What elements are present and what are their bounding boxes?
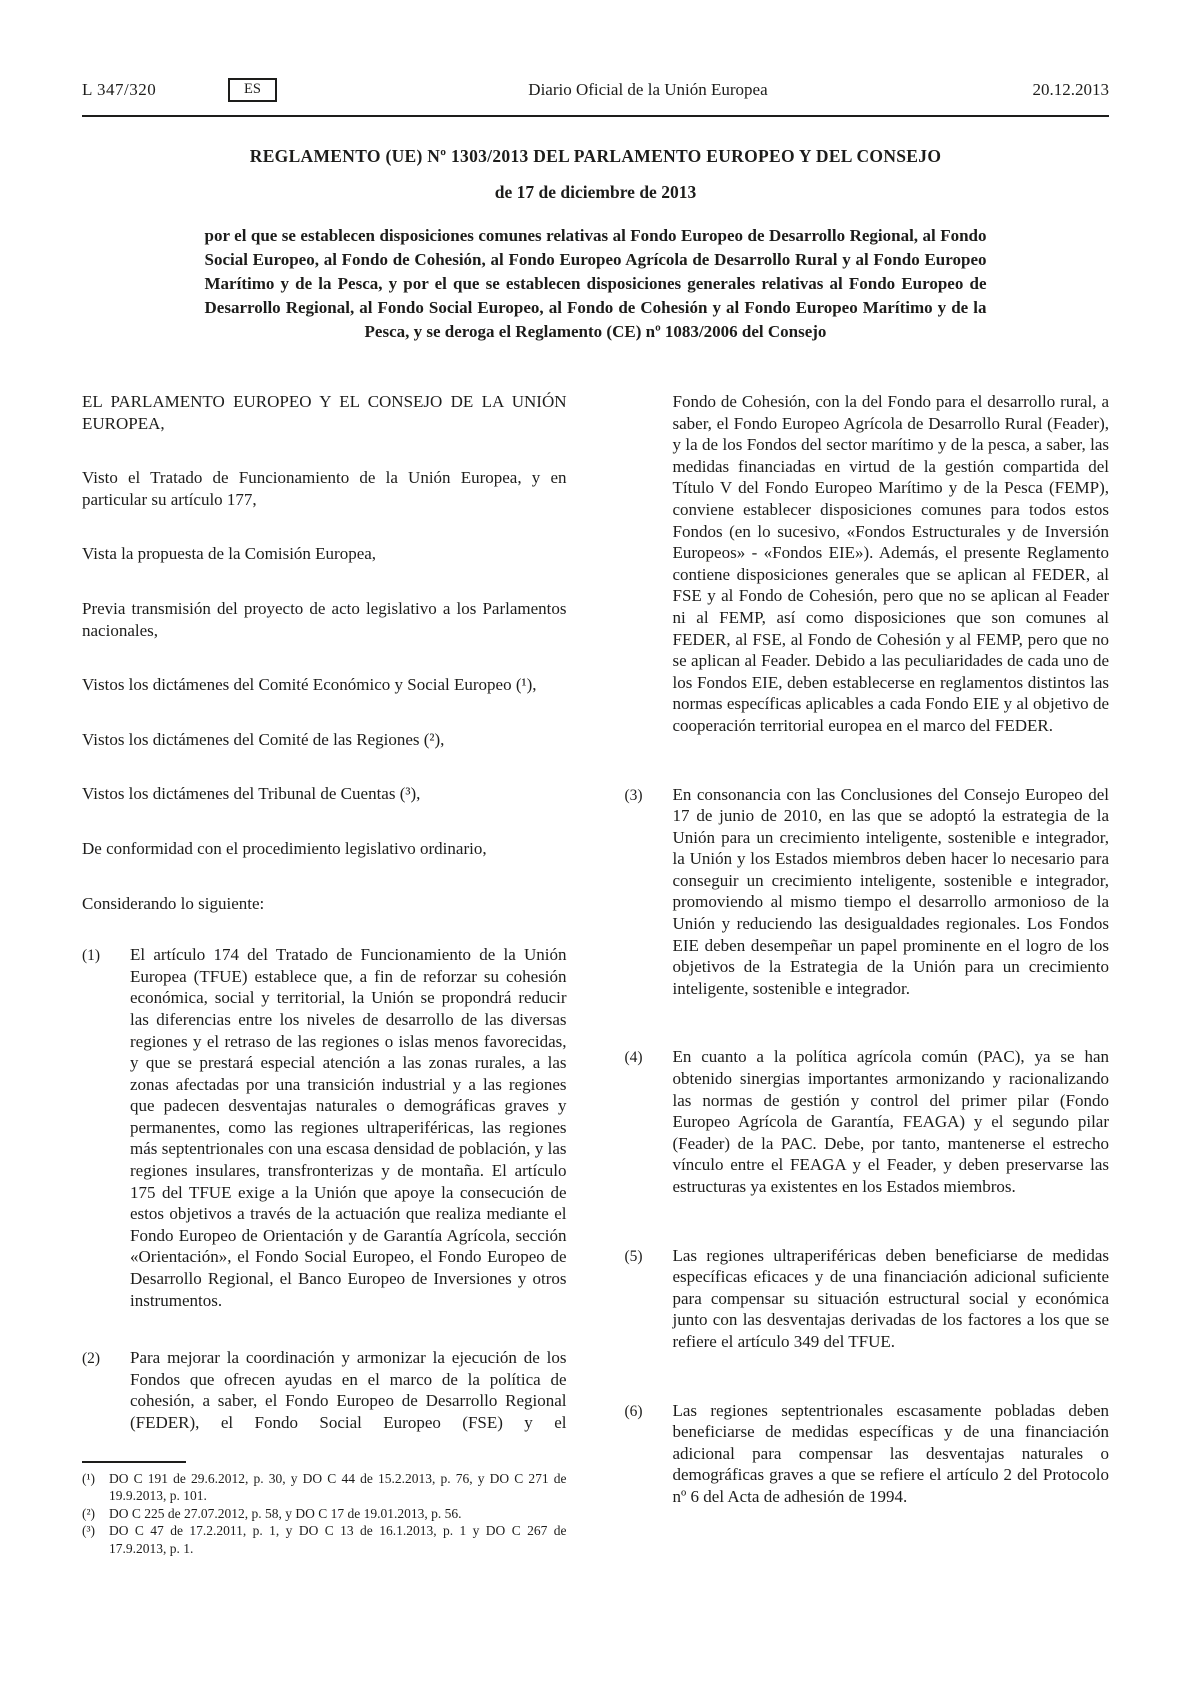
recital-number-spacer [625,391,673,737]
preamble-paragraph: Vistos los dictámenes del Tribunal de Cu… [82,783,567,805]
page-number: L 347/320 [82,80,172,100]
language-badge: ES [228,78,277,102]
recital-text: Fondo de Cohesión, con la del Fondo para… [673,391,1110,737]
footnote-2: (²) DO C 225 de 27.07.2012, p. 58, y DO … [82,1505,567,1523]
footnote-text: DO C 191 de 29.6.2012, p. 30, y DO C 44 … [109,1470,567,1505]
body-columns: EL PARLAMENTO EUROPEO Y EL CONSEJO DE LA… [82,391,1109,1558]
recital-2-continuation: Fondo de Cohesión, con la del Fondo para… [625,391,1110,737]
recital-text: Para mejorar la coordinación y armonizar… [130,1347,567,1433]
regulation-date: de 17 de diciembre de 2013 [82,182,1109,203]
right-column: Fondo de Cohesión, con la del Fondo para… [625,391,1110,1558]
recital-text: Las regiones ultraperiféricas deben bene… [673,1245,1110,1353]
preamble-paragraph: De conformidad con el procedimiento legi… [82,838,567,860]
recital-number: (5) [625,1245,673,1353]
recital-number: (4) [625,1046,673,1197]
footnote-3: (³) DO C 47 de 17.2.2011, p. 1, y DO C 1… [82,1522,567,1557]
footnote-text: DO C 225 de 27.07.2012, p. 58, y DO C 17… [109,1505,567,1523]
page-header: L 347/320 ES Diario Oficial de la Unión … [82,78,1109,102]
recital-text: Las regiones septentrionales escasamente… [673,1400,1110,1508]
footnote-text: DO C 47 de 17.2.2011, p. 1, y DO C 13 de… [109,1522,567,1557]
recital-number: (6) [625,1400,673,1508]
header-rule [82,115,1109,117]
left-column: EL PARLAMENTO EUROPEO Y EL CONSEJO DE LA… [82,391,567,1558]
footnote-marker: (¹) [82,1470,109,1505]
footnote-1: (¹) DO C 191 de 29.6.2012, p. 30, y DO C… [82,1470,567,1505]
title-block: REGLAMENTO (UE) Nº 1303/2013 DEL PARLAME… [82,146,1109,344]
recital-number: (2) [82,1347,130,1433]
footnote-rule [82,1461,186,1463]
recital-text: En consonancia con las Conclusiones del … [673,784,1110,1000]
preamble-paragraph: EL PARLAMENTO EUROPEO Y EL CONSEJO DE LA… [82,391,567,434]
preamble-paragraph: Visto el Tratado de Funcionamiento de la… [82,467,567,510]
recital-text: En cuanto a la política agrícola común (… [673,1046,1110,1197]
footnote-marker: (³) [82,1522,109,1557]
preamble-paragraph: Vistos los dictámenes del Comité de las … [82,729,567,751]
preamble-paragraph: Vista la propuesta de la Comisión Europe… [82,543,567,565]
recital-5: (5) Las regiones ultraperiféricas deben … [625,1245,1110,1353]
header-date: 20.12.2013 [1019,80,1109,100]
recital-6: (6) Las regiones septentrionales escasam… [625,1400,1110,1508]
recital-number: (1) [82,944,130,1311]
recital-1: (1) El artículo 174 del Tratado de Funci… [82,944,567,1311]
recital-number: (3) [625,784,673,1000]
regulation-title: REGLAMENTO (UE) Nº 1303/2013 DEL PARLAME… [82,146,1109,167]
preamble-paragraph: Previa transmisión del proyecto de acto … [82,598,567,641]
footnote-marker: (²) [82,1505,109,1523]
recital-4: (4) En cuanto a la política agrícola com… [625,1046,1110,1197]
recital-3: (3) En consonancia con las Conclusiones … [625,784,1110,1000]
journal-title: Diario Oficial de la Unión Europea [277,80,1019,100]
regulation-subtitle: por el que se establecen disposiciones c… [205,224,987,344]
document-page: L 347/320 ES Diario Oficial de la Unión … [0,0,1191,1684]
recital-text: El artículo 174 del Tratado de Funcionam… [130,944,567,1311]
recital-2: (2) Para mejorar la coordinación y armon… [82,1347,567,1433]
footnotes-section: (¹) DO C 191 de 29.6.2012, p. 30, y DO C… [82,1461,567,1558]
preamble-paragraph: Vistos los dictámenes del Comité Económi… [82,674,567,696]
preamble-paragraph: Considerando lo siguiente: [82,893,567,915]
